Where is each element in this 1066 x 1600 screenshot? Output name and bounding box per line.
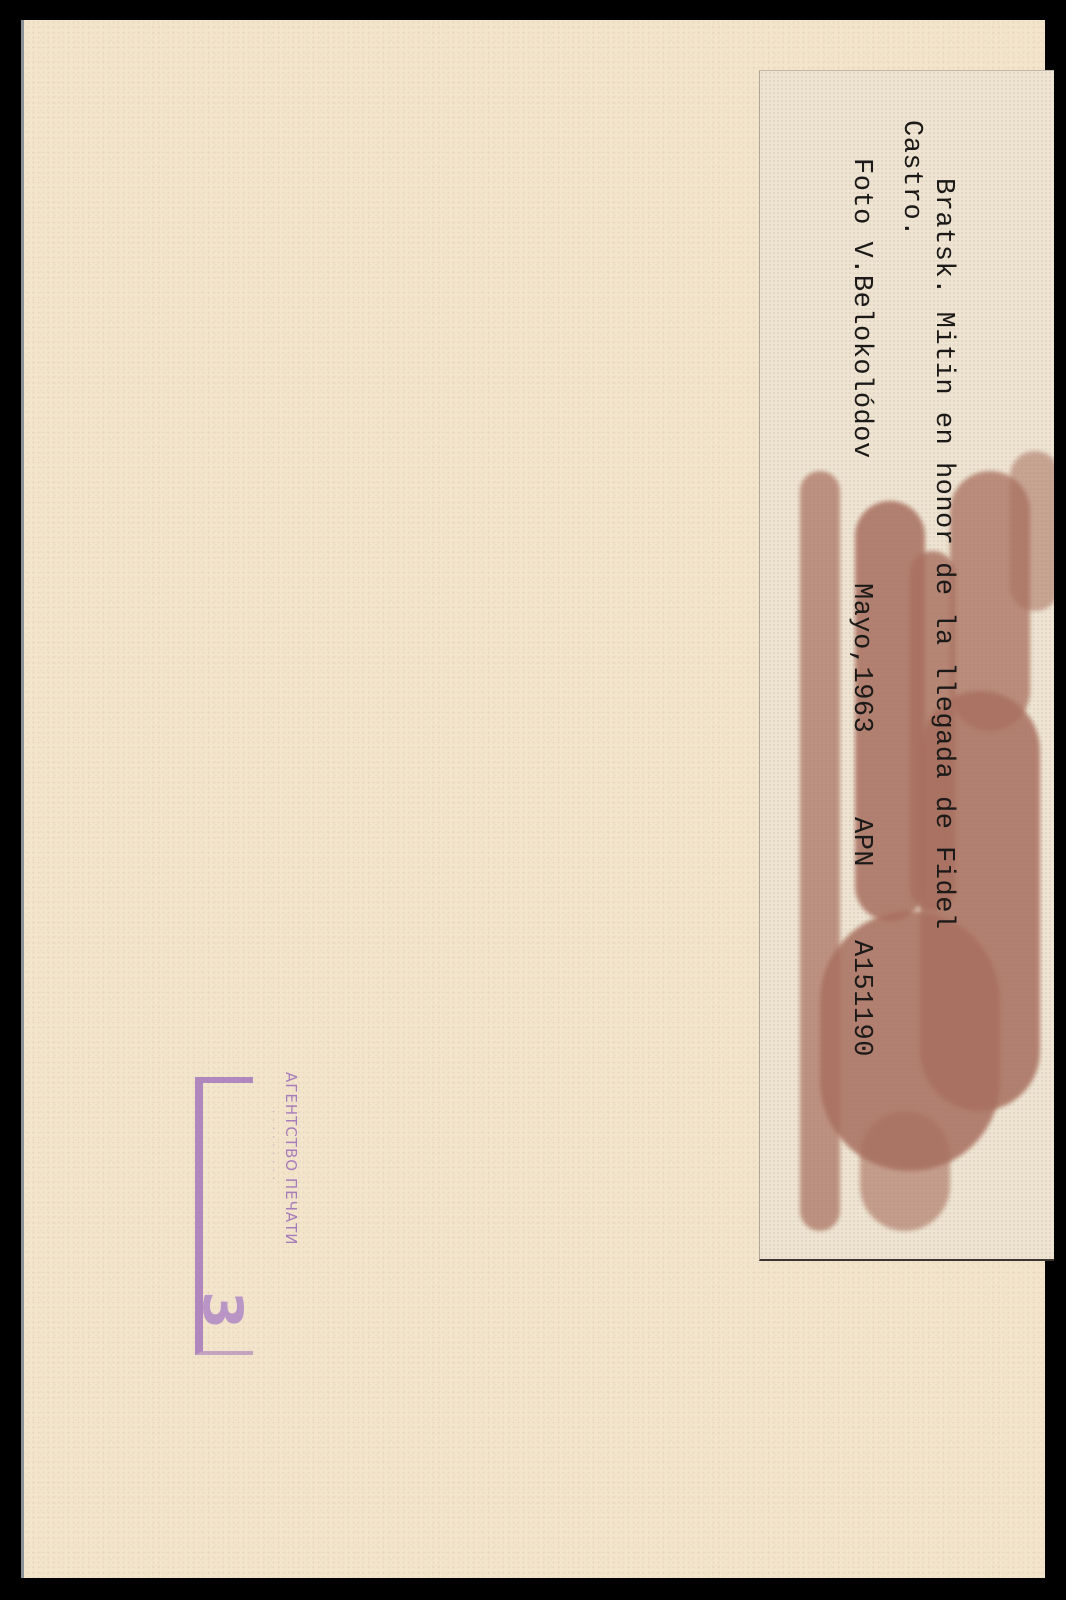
- caption-line-1: Bratsk. Mitin en honor de la llegada de …: [928, 178, 958, 930]
- paper-sheet: Bratsk. Mitin en honor de la llegada de …: [21, 20, 1045, 1578]
- caption-clipping: [759, 70, 1054, 1261]
- stamp-digit: 3: [192, 1288, 252, 1332]
- ink-bleed: [860, 1111, 950, 1231]
- stamp-subtext: · · · · · · · · ·: [267, 1110, 278, 1181]
- photo-date: Mayo,1963: [846, 583, 876, 733]
- agency-label: APN: [846, 817, 876, 867]
- ink-bleed: [1010, 451, 1054, 611]
- photo-credit: Foto V.Belokolódov: [846, 158, 876, 459]
- caption-line-2: Castro.: [896, 120, 926, 237]
- stamp-text: АГЕНТСТВО ПЕЧАТИ: [282, 1072, 300, 1246]
- photo-id: A151190: [846, 940, 876, 1057]
